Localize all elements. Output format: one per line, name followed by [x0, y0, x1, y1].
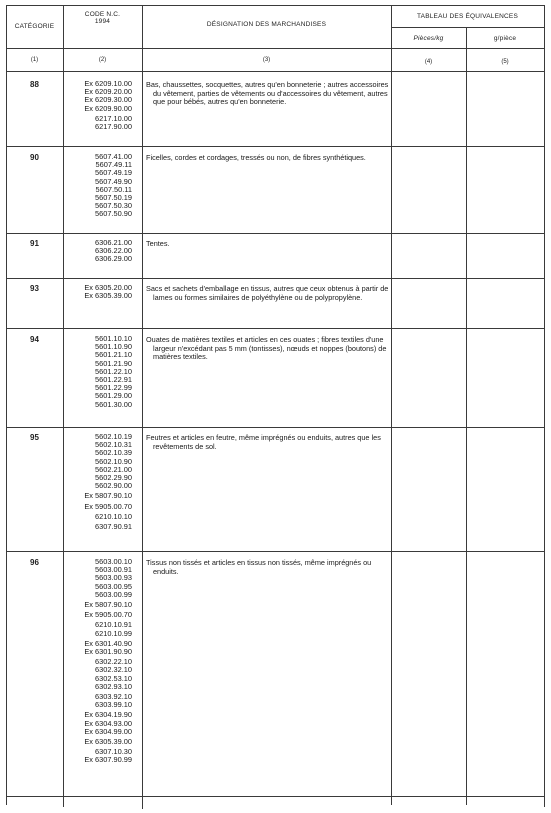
- cn-code: Ex 6209.90.00: [64, 105, 132, 113]
- rule-row-88: [6, 146, 544, 147]
- cn-code: 5607.50.90: [64, 210, 132, 218]
- category-number: 93: [6, 284, 63, 293]
- category-number: 91: [6, 239, 63, 248]
- header-code-year: 1994: [63, 18, 142, 25]
- rule-row-95: [6, 551, 544, 552]
- category-number: 90: [6, 153, 63, 162]
- rule-bottom: [6, 796, 544, 797]
- cn-code: 6307.90.91: [64, 523, 132, 531]
- cn-code: Ex 6301.90.90: [64, 648, 132, 656]
- cn-code: Ex 6305.39.00: [64, 292, 132, 300]
- header-tableau-equivalences: TABLEAU DES ÉQUIVALENCES: [391, 13, 544, 20]
- column-number-5: (5): [466, 59, 544, 65]
- category-number: 94: [6, 335, 63, 344]
- column-number-1: (1): [6, 57, 63, 63]
- rule-row-90: [6, 233, 544, 234]
- cn-code: Ex 6304.99.00: [64, 728, 132, 736]
- rule-row-93: [6, 328, 544, 329]
- rule-colnum-bottom: [6, 71, 544, 72]
- cn-code: 6303.99.10: [64, 701, 132, 709]
- cn-code: Ex 5807.90.10: [64, 601, 132, 609]
- column-number-3: (3): [142, 57, 391, 63]
- rule-col3: [391, 5, 392, 805]
- rule-row-94: [6, 427, 544, 428]
- rule-col2: [142, 5, 143, 809]
- goods-description: Feutres et articles en feutre, même impr…: [146, 434, 389, 451]
- cn-code: 6302.93.10: [64, 683, 132, 691]
- header-pieces-kg: Pièces/kg: [391, 35, 466, 42]
- cn-code: 5602.90.00: [64, 482, 132, 490]
- cn-code-list: Ex 6209.10.00Ex 6209.20.00Ex 6209.30.00E…: [64, 80, 132, 131]
- cn-code: 6217.90.00: [64, 123, 132, 131]
- rule-col1: [63, 5, 64, 807]
- goods-description: Tentes.: [146, 240, 389, 249]
- goods-description: Sacs et sachets d'emballage en tissus, a…: [146, 285, 389, 302]
- category-number: 88: [6, 80, 63, 89]
- category-number: 95: [6, 433, 63, 442]
- rule-header-bottom: [6, 48, 544, 49]
- cn-code: 6210.10.99: [64, 630, 132, 638]
- goods-description: Ficelles, cordes et cordages, tressés ou…: [146, 154, 389, 163]
- header-categorie: CATÉGORIE: [6, 23, 63, 30]
- cn-code: 6306.29.00: [64, 255, 132, 263]
- cn-code: Ex 5807.90.10: [64, 492, 132, 500]
- header-code-nc: CODE N.C.: [63, 11, 142, 18]
- cn-code: Ex 6305.39.00: [64, 738, 132, 746]
- cn-code: 5603.00.99: [64, 591, 132, 599]
- tariff-table-page: CATÉGORIE CODE N.C. 1994 DÉSIGNATION DES…: [0, 0, 551, 813]
- cn-code-list: 6306.21.006306.22.006306.29.00: [64, 239, 132, 264]
- rule-equiv-sub: [391, 27, 544, 28]
- category-number: 96: [6, 558, 63, 567]
- cn-code-list: 5602.10.195602.10.315602.10.395602.10.90…: [64, 433, 132, 531]
- cn-code-list: Ex 6305.20.00Ex 6305.39.00: [64, 284, 132, 300]
- rule-top: [6, 5, 544, 6]
- header-designation: DÉSIGNATION DES MARCHANDISES: [142, 21, 391, 28]
- cn-code: Ex 5905.00.70: [64, 503, 132, 511]
- rule-row-91: [6, 278, 544, 279]
- cn-code: Ex 5905.00.70: [64, 611, 132, 619]
- column-number-2: (2): [63, 57, 142, 63]
- cn-code-list: 5603.00.105603.00.915603.00.935603.00.95…: [64, 558, 132, 765]
- cn-code: 5601.30.00: [64, 401, 132, 409]
- cn-code: 6210.10.10: [64, 513, 132, 521]
- cn-code-list: 5607.41.005607.49.115607.49.195607.49.90…: [64, 153, 132, 219]
- goods-description: Ouates de matières textiles et articles …: [146, 336, 389, 362]
- goods-description: Tissus non tissés et articles en tissus …: [146, 559, 389, 576]
- rule-col4: [466, 27, 467, 805]
- rule-left: [6, 5, 7, 805]
- cn-code-list: 5601.10.105601.10.905601.21.105601.21.90…: [64, 335, 132, 409]
- header-g-piece: g/pièce: [466, 35, 544, 42]
- cn-code: Ex 6307.90.99: [64, 756, 132, 764]
- rule-right: [544, 5, 545, 807]
- goods-description: Bas, chaussettes, socquettes, autres qu'…: [146, 81, 389, 107]
- column-number-4: (4): [391, 59, 466, 65]
